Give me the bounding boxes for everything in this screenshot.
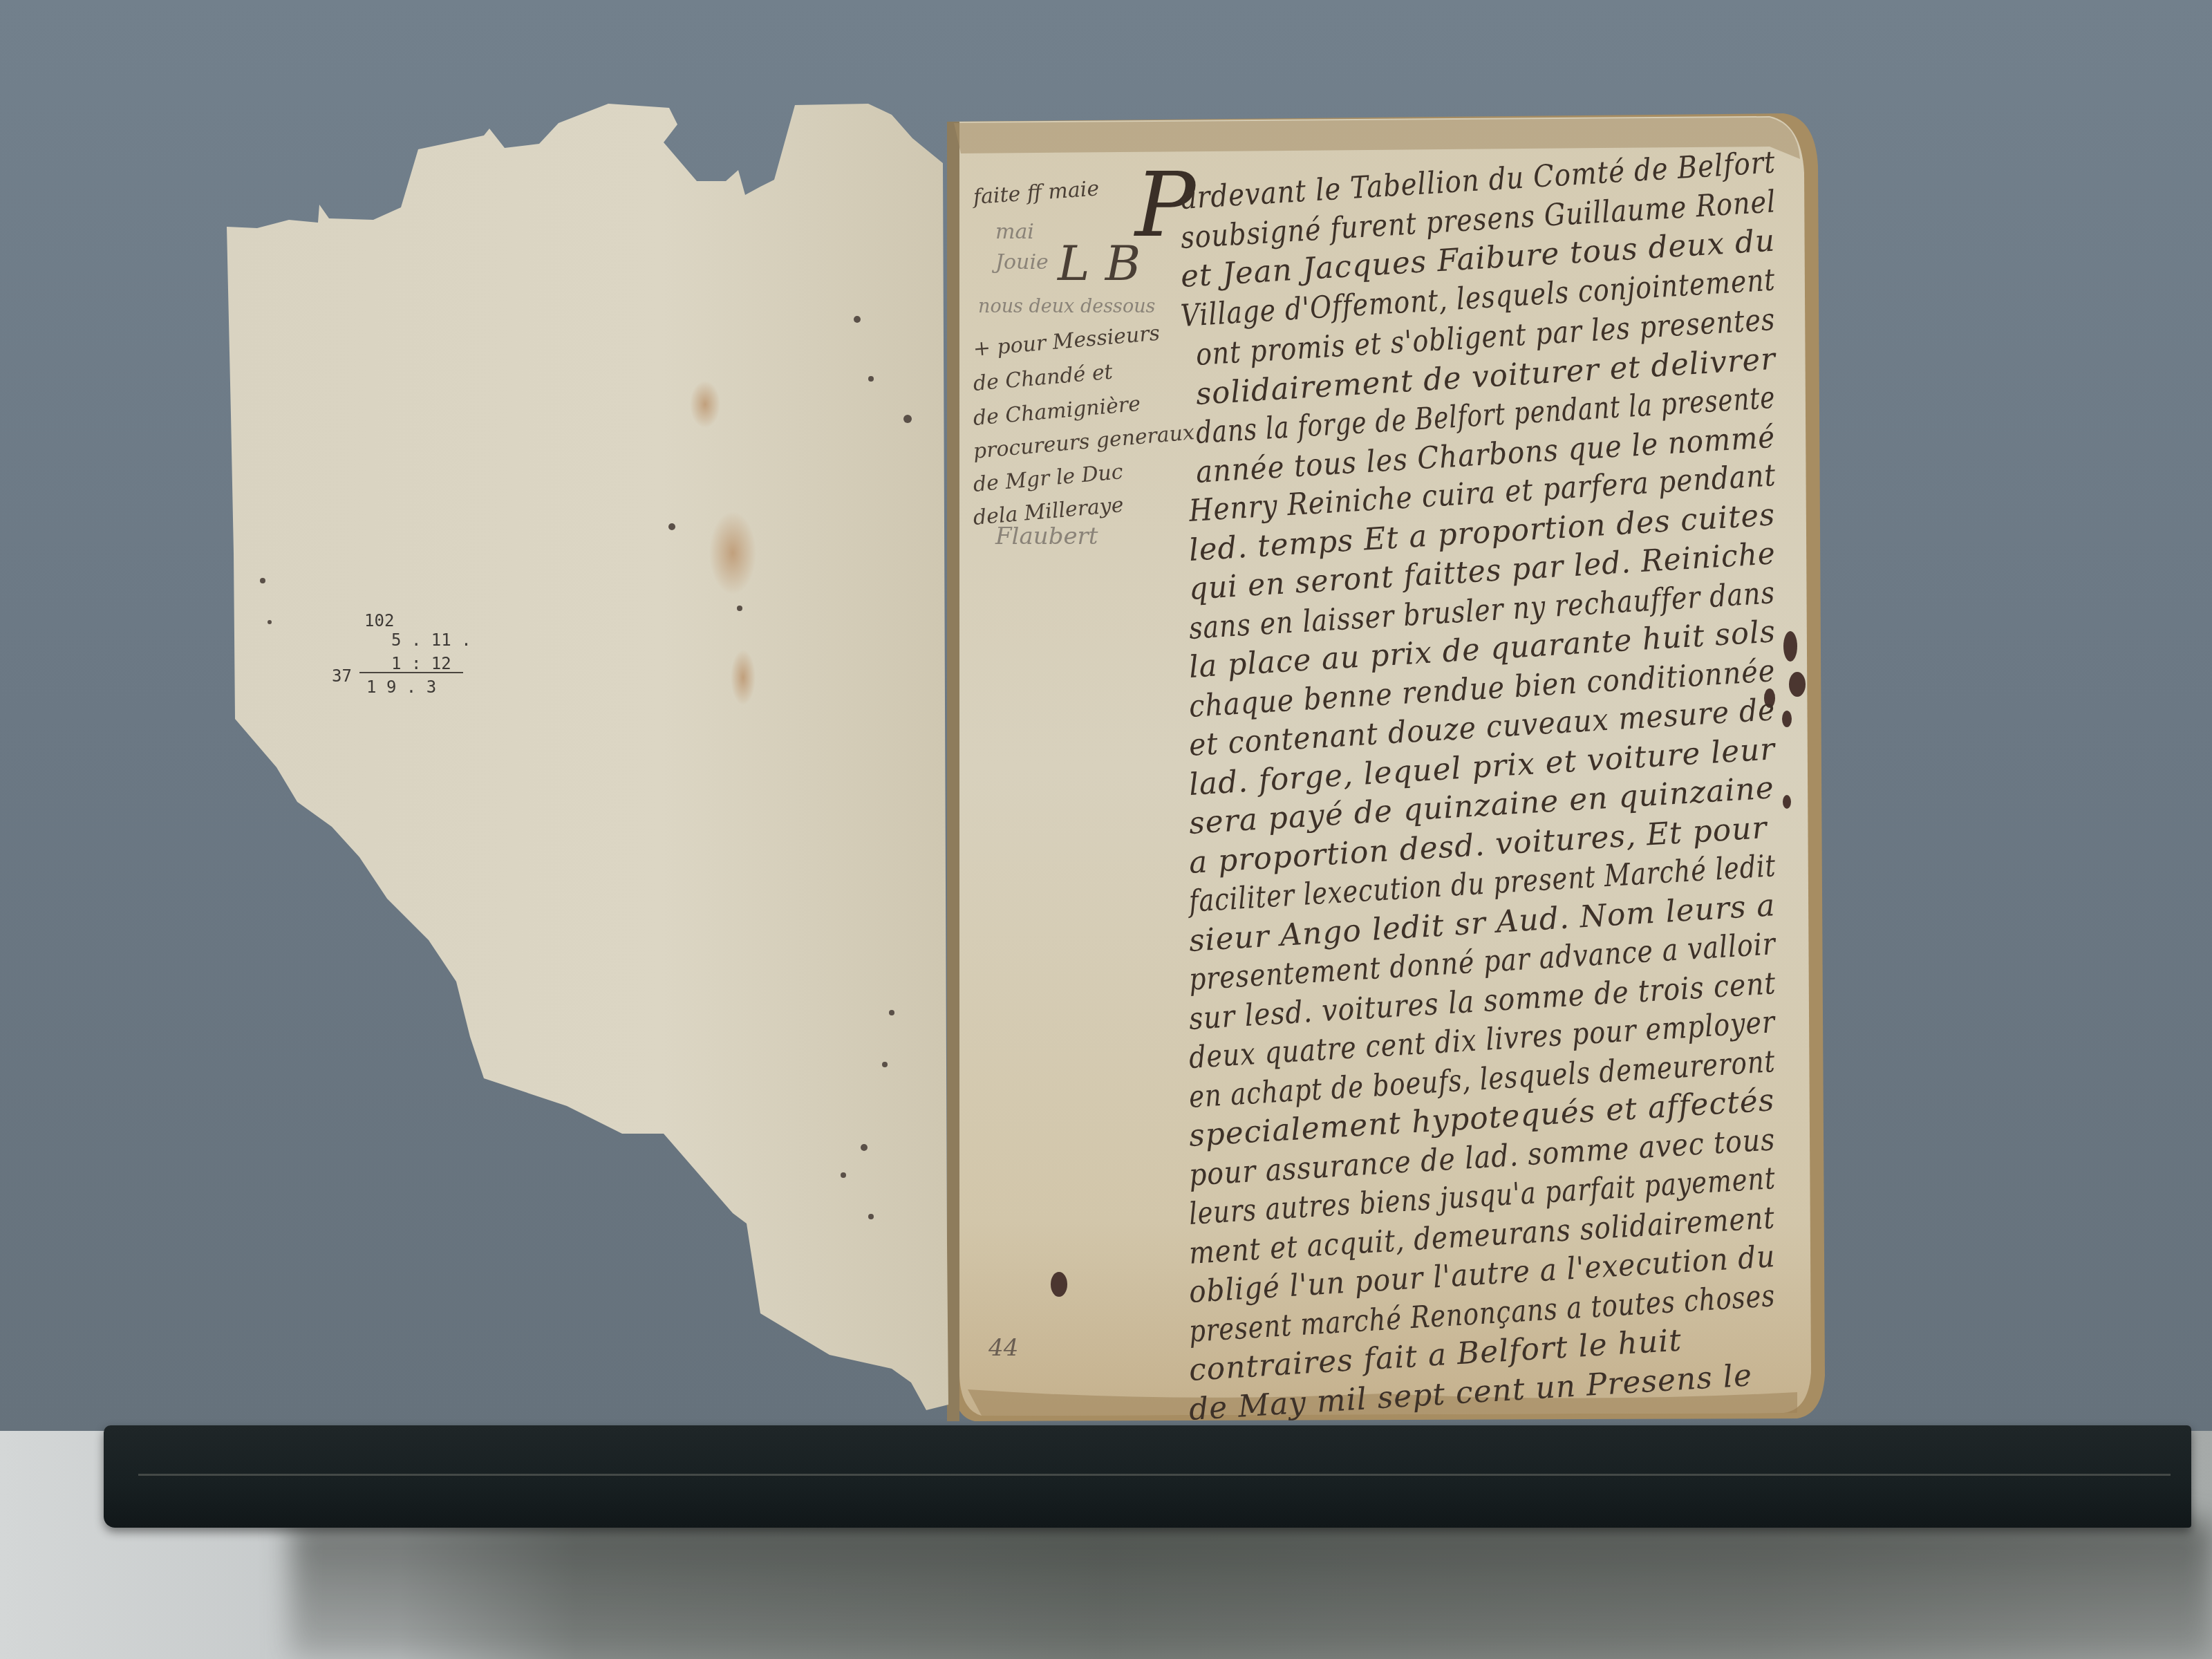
margin-initials: L B — [1058, 235, 1141, 292]
margin-faint-line: nous deux dessous — [978, 296, 1155, 317]
calc-total: 1 9 . 3 — [366, 677, 436, 697]
gutter — [947, 122, 959, 1421]
calc-line: 1 : 12 — [391, 654, 451, 673]
calc-line: 102 — [364, 611, 394, 630]
stain — [731, 650, 756, 705]
left-page-torn — [227, 104, 948, 1410]
margin-note: mai — [995, 220, 1034, 244]
folio-mark: 44 — [988, 1334, 1018, 1362]
stain — [709, 512, 756, 594]
stain — [690, 381, 720, 428]
calc-side-mark: 37 — [332, 666, 352, 686]
calc-line: 5 . 11 . — [391, 630, 471, 650]
margin-signature: Flaubert — [995, 523, 1098, 550]
calc-rule — [359, 672, 463, 673]
margin-note: Jouie — [995, 250, 1049, 274]
